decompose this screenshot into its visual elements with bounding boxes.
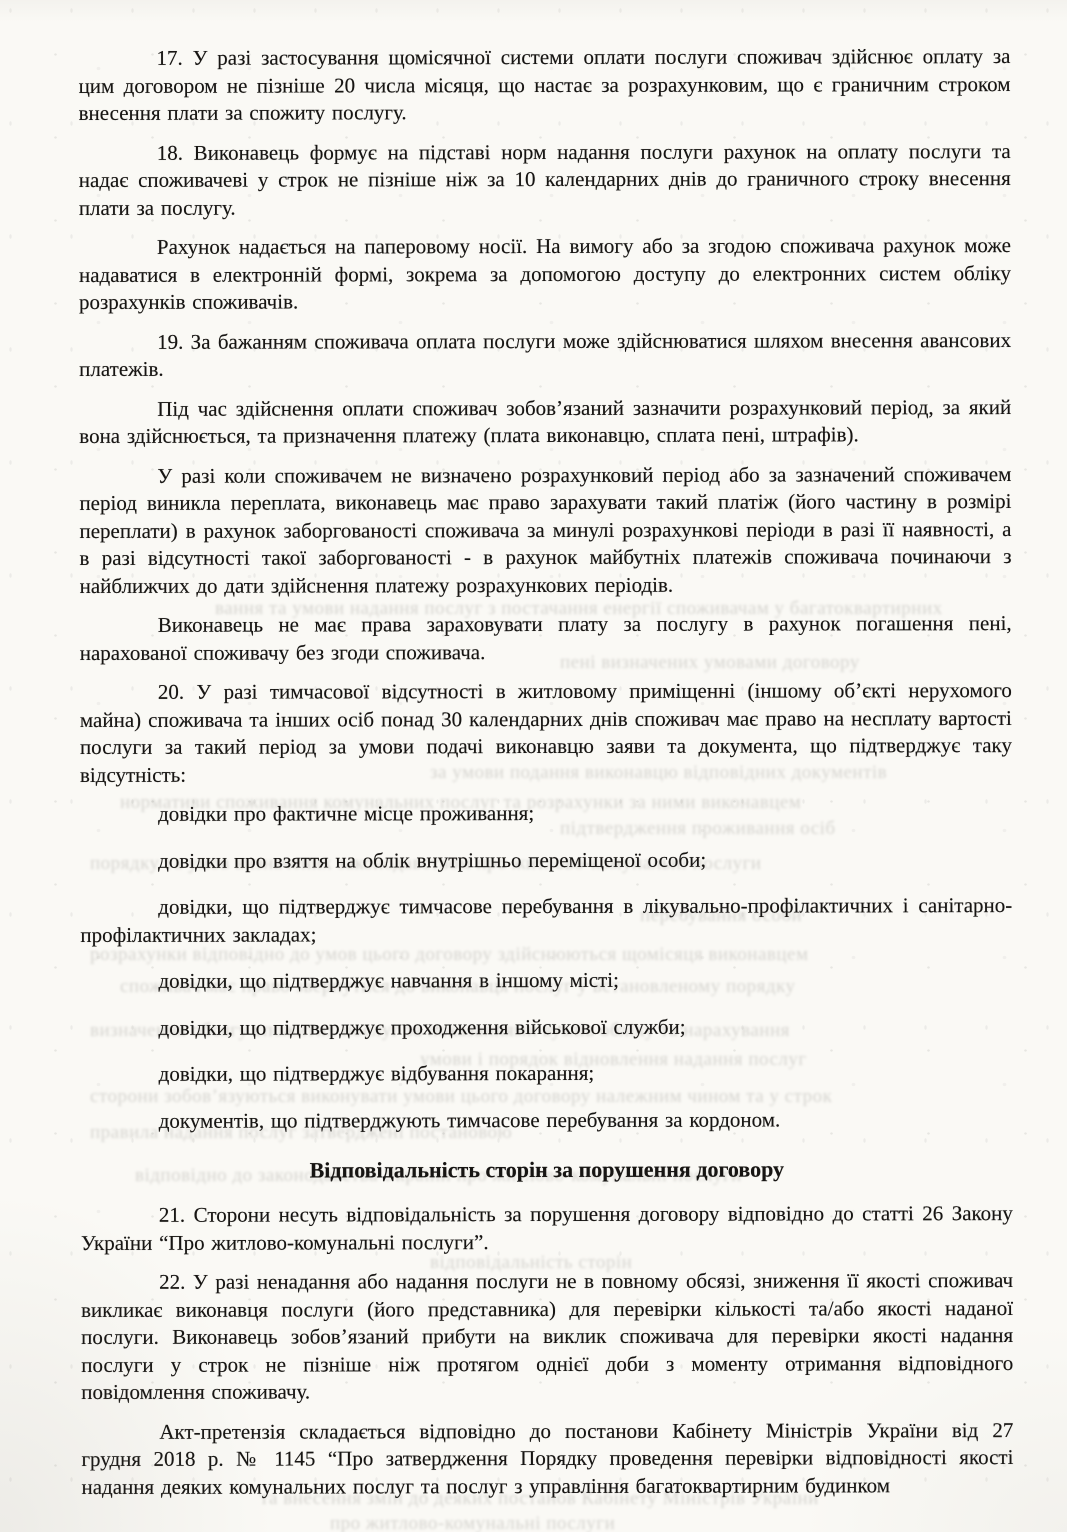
section-heading: Відповідальність сторін за порушення дог… — [81, 1155, 1013, 1184]
list-item: довідки, що підтверджує проходження війс… — [80, 1013, 1012, 1042]
scanned-document-page: вання та умови надання послуг з постачан… — [0, 0, 1067, 1532]
paragraph: 19. За бажанням споживача оплата послуги… — [79, 327, 1011, 384]
document-body: 17. У разі застосування щомісячної систе… — [78, 43, 1013, 1513]
paragraph: 21. Сторони несуть відповідальність за п… — [81, 1200, 1013, 1257]
list-item: довідки про взяття на облік внутрішньо п… — [80, 846, 1012, 875]
paragraph: Акт-претензія складається відповідно до … — [81, 1417, 1013, 1501]
bleedthrough-text: про житлово-комунальні послуги — [330, 1513, 810, 1532]
list-item: довідки про фактичне місце проживання; — [80, 799, 1012, 828]
paragraph: 22. У разі ненадання або надання послуги… — [81, 1267, 1013, 1406]
list-item: документів, що підтверджують тимчасове п… — [81, 1106, 1013, 1135]
paragraph: Під час здійснення оплати споживач зобов… — [79, 394, 1011, 451]
paragraph: 20. У разі тимчасової відсутності в житл… — [80, 677, 1012, 789]
list-item: довідки, що підтверджує навчання в іншом… — [80, 966, 1012, 995]
list-item: довідки, що підтверджує тимчасове перебу… — [80, 892, 1012, 949]
list-item: довідки, що підтверджує відбування покар… — [81, 1059, 1013, 1088]
paragraph: Виконавець не має права зараховувати пла… — [80, 610, 1012, 667]
paragraph: 17. У разі застосування щомісячної систе… — [78, 43, 1010, 127]
paragraph: 18. Виконавець формує на підставі норм н… — [79, 138, 1011, 222]
paragraph: У разі коли споживачем не визначено розр… — [79, 461, 1011, 600]
paragraph: Рахунок надається на паперовому носії. Н… — [79, 232, 1011, 316]
